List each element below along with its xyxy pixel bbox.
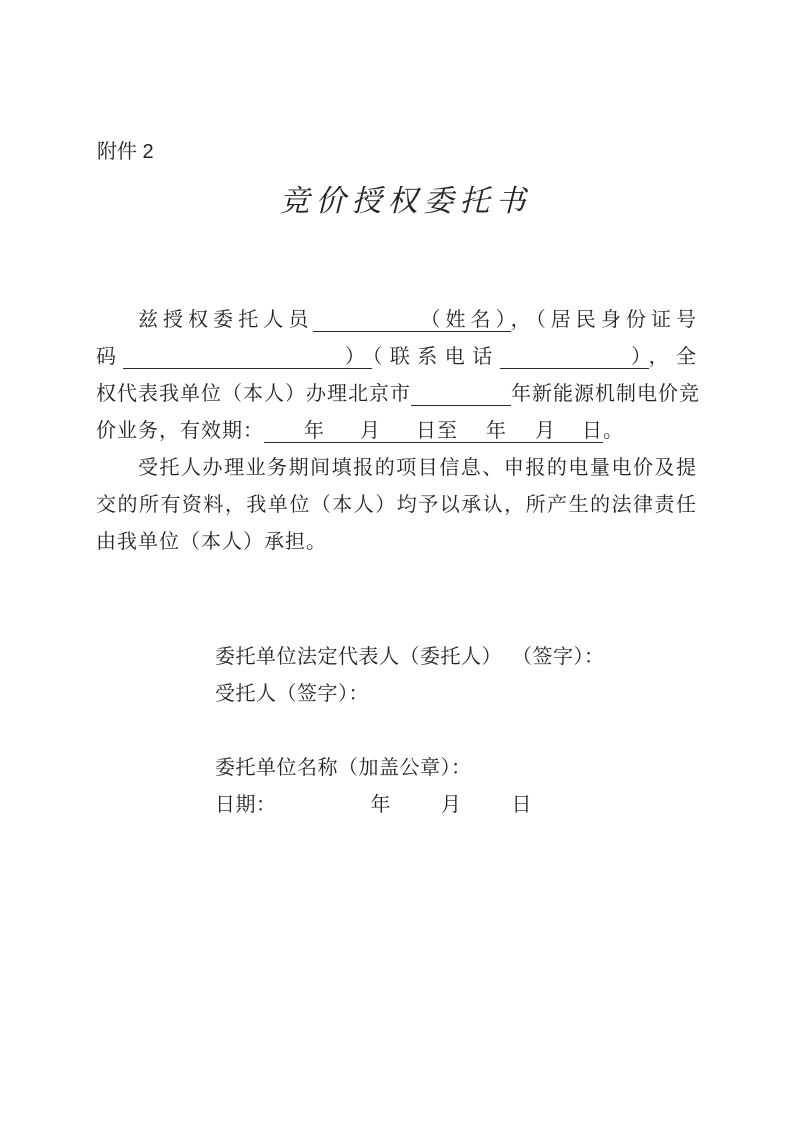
page: 附件 2 竞价授权委托书 兹授权委托人员（姓名），（居民身份证号码）（联系电话）… <box>0 0 793 1122</box>
document-title: 竞价授权委托书 <box>0 176 793 220</box>
fill-in-blank <box>458 436 486 437</box>
fill-in-blank <box>507 436 535 437</box>
body-line: 码）（联系电话），全 <box>96 339 697 376</box>
underlined-text: 年 <box>486 420 507 442</box>
text-run: 受托人（签字）： <box>215 683 369 705</box>
underlined-run: ） <box>123 346 372 369</box>
text-run: 价业务，有效期： <box>96 420 264 442</box>
text-run: 月 <box>441 794 462 816</box>
fill-in-blank <box>500 362 625 363</box>
underlined-text: ） <box>338 346 372 368</box>
text-run: 年新能源机制电价竞 <box>511 383 700 405</box>
document-body: 兹授权委托人员（姓名），（居民身份证号码）（联系电话），全权代表我单位（本人）办… <box>96 302 697 561</box>
fill-in-blank <box>381 436 416 437</box>
fill-in-blank <box>313 325 416 326</box>
underlined-text: ） <box>625 346 649 368</box>
text-run: 权代表我单位（本人）办理北京市 <box>96 383 411 405</box>
signature-line: 委托单位名称（加盖公章）： <box>215 750 605 787</box>
underlined-text: 年 <box>304 420 325 442</box>
underlined-run <box>411 383 511 406</box>
underlined-text: 日至 <box>416 420 458 442</box>
fill-in-blank <box>325 436 360 437</box>
underlined-run: （姓名） <box>313 309 510 332</box>
spacer <box>277 810 371 811</box>
text-run: 日期： <box>215 794 277 816</box>
body-line: 权代表我单位（本人）办理北京市年新能源机制电价竞 <box>96 376 697 413</box>
spacer <box>502 662 512 663</box>
text-run: 日 <box>512 794 533 816</box>
attachment-label: 附件 2 <box>97 135 154 164</box>
underlined-run: ） <box>500 346 649 369</box>
fill-in-blank <box>411 399 511 400</box>
underlined-text: 月 <box>535 420 556 442</box>
spacer <box>462 810 512 811</box>
signature-line: 委托单位法定代表人（委托人）（签字）： <box>215 639 605 676</box>
text-run: 委托单位名称（加盖公章）： <box>215 757 472 779</box>
fill-in-blank <box>123 362 338 363</box>
text-run: 受托人办理业务期间填报的项目信息、申报的电量电价及提 <box>138 457 697 479</box>
text-run: 兹授权委托人员 <box>138 309 313 331</box>
text-run: 委托单位法定代表人（委托人） <box>215 646 502 668</box>
body-line: 价业务，有效期：年月日至年月日。 <box>96 413 697 450</box>
body-line: 受托人办理业务期间填报的项目信息、申报的电量电价及提 <box>96 450 697 487</box>
body-line: 由我单位（本人）承担。 <box>96 524 697 561</box>
underlined-run: 年月日至年月日 <box>264 420 603 443</box>
fill-in-blank <box>264 436 304 437</box>
spacer <box>391 810 441 811</box>
text-run: （联系电话 <box>372 346 499 368</box>
underlined-text: 月 <box>360 420 381 442</box>
text-run: 由我单位（本人）承担。 <box>96 531 327 553</box>
text-run: 。 <box>603 420 624 442</box>
body-line: 兹授权委托人员（姓名），（居民身份证号 <box>96 302 697 339</box>
signature-line: 日期：年月日 <box>215 787 605 824</box>
text-run: 年 <box>371 794 392 816</box>
text-run: （签字）： <box>512 646 605 668</box>
signature-line: 受托人（签字）： <box>215 676 605 713</box>
signature-block: 委托单位法定代表人（委托人）（签字）：受托人（签字）：委托单位名称（加盖公章）：… <box>215 639 605 824</box>
text-run: ，（居民身份证号 <box>511 309 697 331</box>
underlined-text: （姓名） <box>416 309 510 331</box>
blank-line <box>215 713 605 750</box>
text-run: ，全 <box>649 346 697 368</box>
underlined-text: 日 <box>582 420 603 442</box>
body-line: 交的所有资料，我单位（本人）均予以承认，所产生的法律责任 <box>96 487 697 524</box>
text-run: 交的所有资料，我单位（本人）均予以承认，所产生的法律责任 <box>96 494 697 516</box>
fill-in-blank <box>556 436 582 437</box>
text-run: 码 <box>96 346 123 368</box>
